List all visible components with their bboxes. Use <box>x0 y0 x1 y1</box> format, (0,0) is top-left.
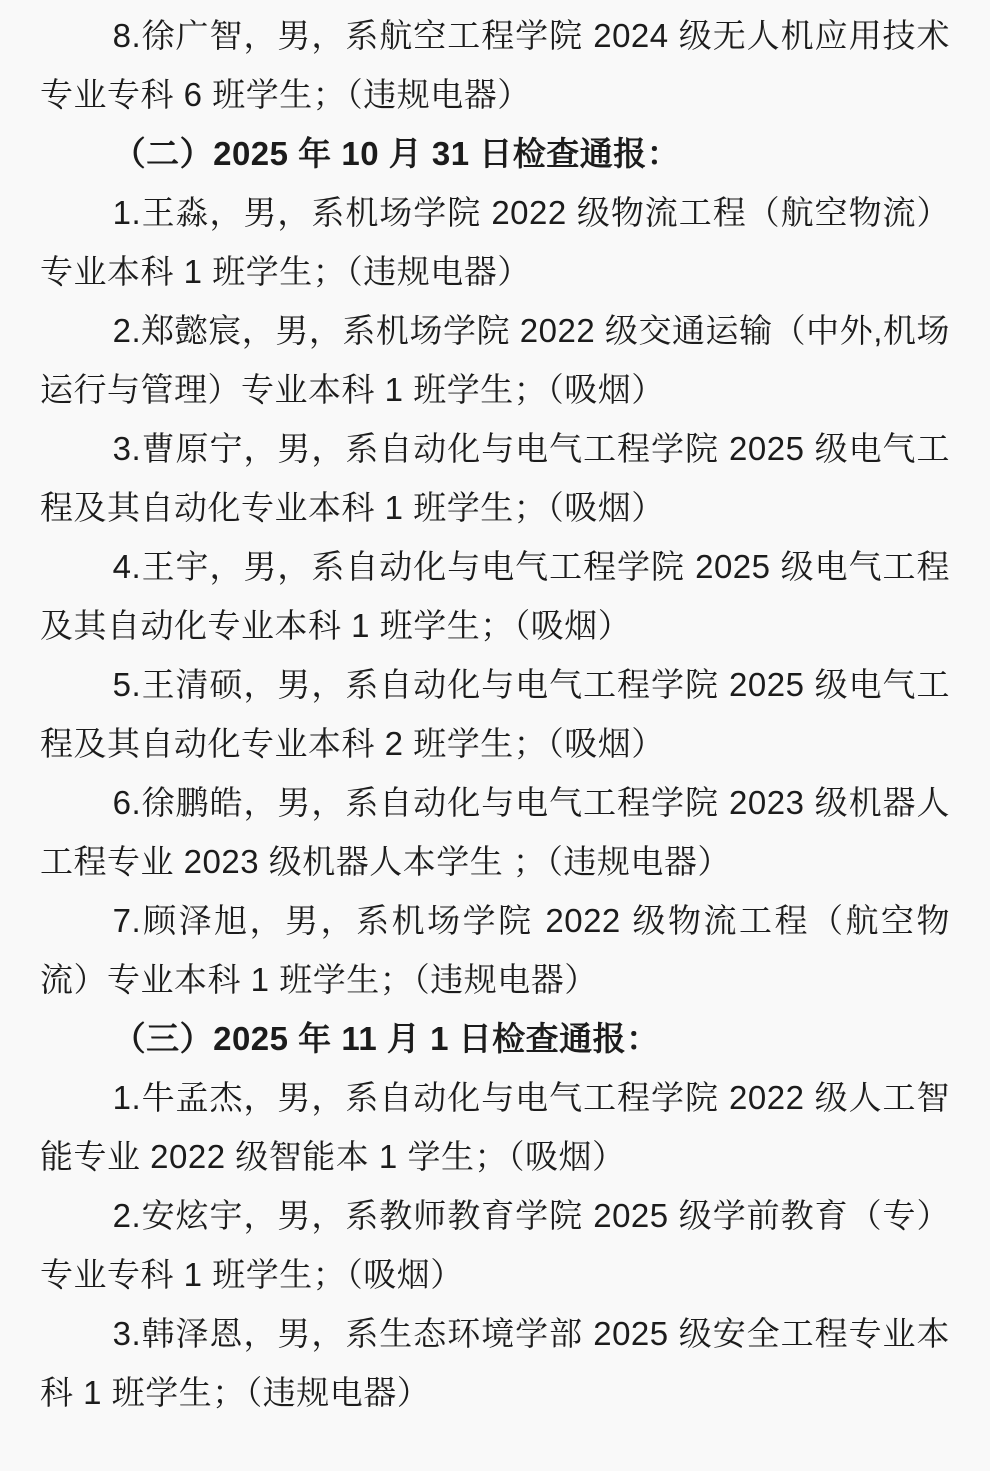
violation-entry: 1.牛孟杰，男，系自动化与电气工程学院 2022 级人工智能专业 2022 级智… <box>40 1068 950 1186</box>
violation-entry: 4.王宇，男，系自动化与电气工程学院 2025 级电气工程及其自动化专业本科 1… <box>40 537 950 655</box>
violation-entry: 8.徐广智，男，系航空工程学院 2024 级无人机应用技术专业专科 6 班学生；… <box>40 6 950 124</box>
violation-entry: 6.徐鹏皓，男，系自动化与电气工程学院 2023 级机器人工程专业 2023 级… <box>40 773 950 891</box>
violation-entry: 5.王清硕，男，系自动化与电气工程学院 2025 级电气工程及其自动化专业本科 … <box>40 655 950 773</box>
section-heading-3: （三）2025 年 11 月 1 日检查通报： <box>40 1009 950 1068</box>
violation-entry: 7.顾泽旭，男，系机场学院 2022 级物流工程（航空物流）专业本科 1 班学生… <box>40 891 950 1009</box>
section-heading-2: （二）2025 年 10 月 31 日检查通报： <box>40 124 950 183</box>
violation-entry: 2.郑懿宸，男，系机场学院 2022 级交通运输（中外,机场运行与管理）专业本科… <box>40 301 950 419</box>
violation-entry: 3.曹原宁，男，系自动化与电气工程学院 2025 级电气工程及其自动化专业本科 … <box>40 419 950 537</box>
notice-document: 8.徐广智，男，系航空工程学院 2024 级无人机应用技术专业专科 6 班学生；… <box>0 0 990 1471</box>
violation-entry: 3.韩泽恩，男，系生态环境学部 2025 级安全工程专业本科 1 班学生；（违规… <box>40 1304 950 1422</box>
violation-entry: 2.安炫宇，男，系教师教育学院 2025 级学前教育（专）专业专科 1 班学生；… <box>40 1186 950 1304</box>
violation-entry: 1.王淼，男，系机场学院 2022 级物流工程（航空物流）专业本科 1 班学生；… <box>40 183 950 301</box>
